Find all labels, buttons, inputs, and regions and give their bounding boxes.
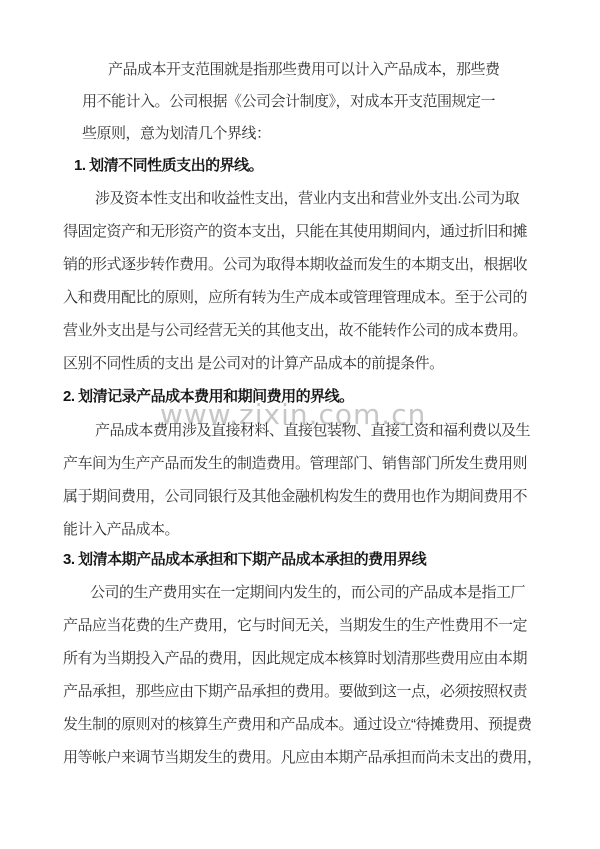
- document-page: www.zixin.com.cn 产品成本开支范围就是指那些费用可以计入产品成本…: [0, 0, 600, 849]
- text-line: 用等帐户来调节当期发生的费用。凡应由本期产品承担而尚未支出的费用，: [63, 741, 542, 774]
- text-line: 发生制的原则对的核算生产费用和产品成本。通过设立“待摊费用、预提费: [63, 708, 542, 741]
- section-heading: 1. 划清不同性质支出的界线。: [74, 149, 263, 182]
- text-line: 些原则，意为划清几个界线：: [82, 118, 500, 150]
- text-line: 得固定资产和无形资产的资本支出，只能在其使用期间内，通过折旧和摊: [63, 215, 527, 248]
- section-paragraph: 涉及资本性支出和收益性支出，营业内支出和营业外支出.公司为取 得固定资产和无形资…: [63, 182, 527, 380]
- intro-paragraph: 产品成本开支范围就是指那些费用可以计入产品成本，那些费 用不能计入。公司根据《公…: [82, 54, 500, 150]
- text-line: 产品承担，那些应由下期产品承担的费用。要做到这一点，必须按照权责: [63, 675, 542, 708]
- text-line: 区别不同性质的支出 是公司对的计算产品成本的前提条件。: [63, 347, 527, 380]
- section-paragraph: 产品成本费用涉及直接材料、直接包装物、直接工资和福利费以及生 产车间为生产产品而…: [63, 414, 530, 546]
- text-line: 营业外支出是与公司经营无关的其他支出，故不能转作公司的成本费用。: [63, 314, 527, 347]
- section-paragraph: 公司的生产费用实在一定期间内发生的，而公司的产品成本是指工厂 产品应当花费的生产…: [63, 576, 542, 774]
- text-line: 产品应当花费的生产费用，它与时间无关，当期发生的生产性费用不一定: [63, 609, 542, 642]
- text-line: 产品成本开支范围就是指那些费用可以计入产品成本，那些费: [82, 54, 500, 86]
- text-line: 入和费用配比的原则，应所有转为生产成本或管理管理成本。至于公司的: [63, 281, 527, 314]
- section-heading: 3. 划清本期产品成本承担和下期产品成本承担的费用界线: [63, 543, 426, 576]
- text-line: 用不能计入。公司根据《公司会计制度》，对成本开支范围规定一: [82, 86, 500, 118]
- text-line: 销的形式逐步转作费用。公司为取得本期收益而发生的本期支出，根据收: [63, 248, 527, 281]
- text-line: 产品成本费用涉及直接材料、直接包装物、直接工资和福利费以及生: [63, 414, 530, 447]
- text-line: 公司的生产费用实在一定期间内发生的，而公司的产品成本是指工厂: [63, 576, 542, 609]
- text-line: 所有为当期投入产品的费用，因此规定成本核算时划清那些费用应由本期: [63, 642, 542, 675]
- section-heading: 2. 划清记录产品成本费用和期间费用的界线。: [63, 380, 354, 413]
- text-line: 涉及资本性支出和收益性支出，营业内支出和营业外支出.公司为取: [63, 182, 527, 215]
- text-line: 产车间为生产产品而发生的制造费用。管理部门、销售部门所发生费用则: [63, 447, 530, 480]
- text-line: 属于期间费用，公司同银行及其他金融机构发生的费用也作为期间费用不: [63, 480, 530, 513]
- text-line: 能计入产品成本。: [63, 513, 530, 546]
